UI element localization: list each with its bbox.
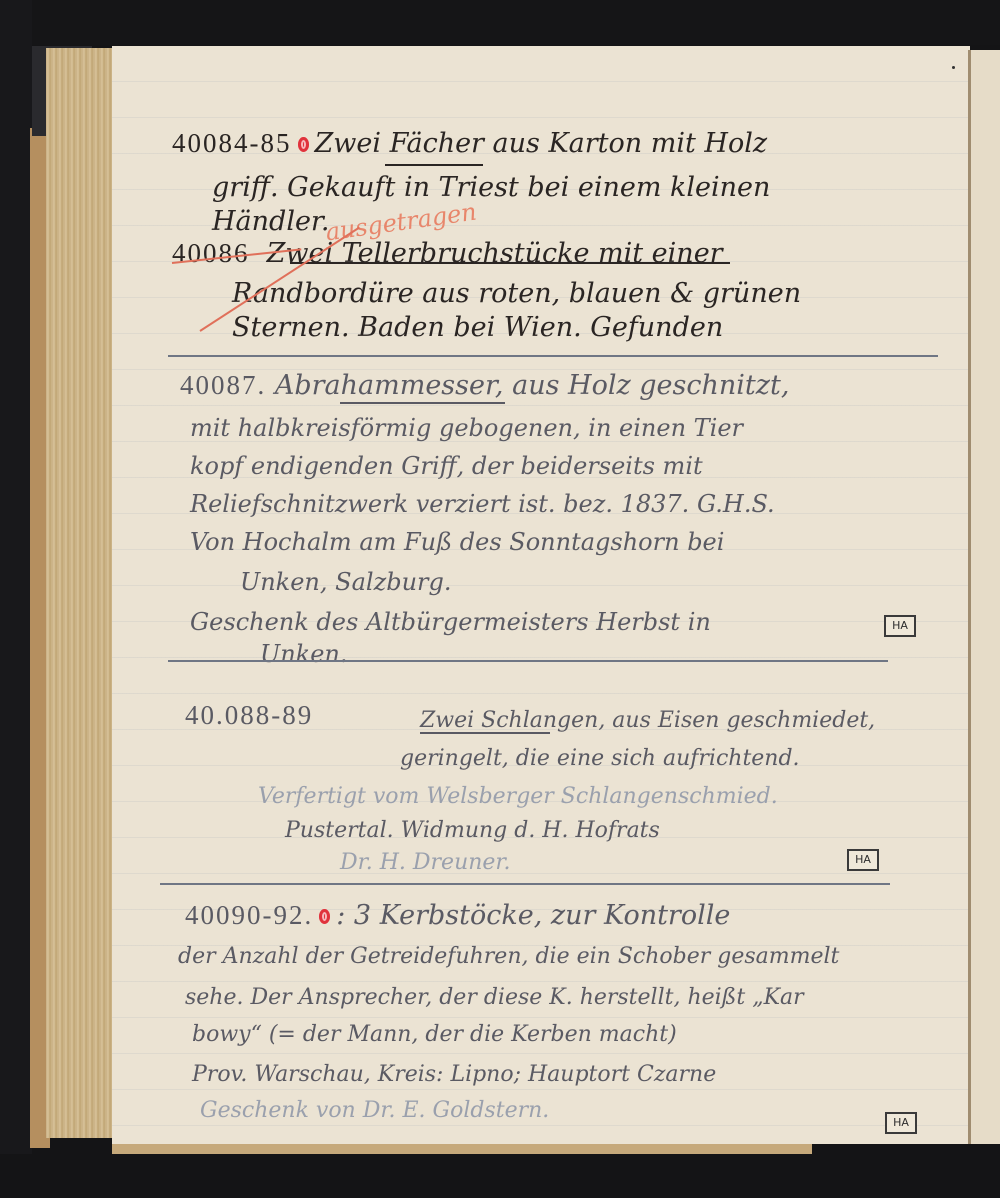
entry-line: Unken, Salzburg. [240, 568, 452, 596]
entry-line: Dr. H. Dreuner. [340, 850, 511, 875]
underline [340, 402, 505, 404]
entry-line: griff. Gekauft in Triest bei einem klein… [212, 172, 770, 203]
page-bottom-edge [112, 1144, 812, 1154]
entry-number: 40086 [172, 238, 250, 268]
underline [420, 732, 550, 734]
entry-number: 40.088-89 [185, 700, 313, 730]
entry-divider [160, 883, 890, 885]
entry-line: Zwei Fächer aus Karton mit Holz [315, 128, 768, 159]
entry-divider [168, 355, 938, 357]
entry-line: Prov. Warschau, Kreis: Lipno; Hauptort C… [192, 1062, 716, 1087]
entry-line: : 3 Kerbstöcke, zur Kontrolle [336, 900, 730, 931]
entry-line: Geschenk des Altbürgermeisters Herbst in [190, 608, 711, 636]
page-edges [46, 48, 112, 1138]
red-marker-icon [298, 137, 309, 152]
entry-line: Sternen. Baden bei Wien. Gefunden [232, 312, 723, 343]
entry-line: geringelt, die eine sich aufrichtend. [400, 746, 800, 771]
book-cover-left [0, 0, 32, 1198]
ha-stamp: HA [885, 1112, 917, 1134]
facing-page-edge [971, 50, 1000, 1144]
underline [290, 262, 730, 264]
entry-line: Zwei Schlangen, aus Eisen geschmiedet, [420, 708, 875, 733]
entry-number: 40084-85 [172, 128, 292, 158]
entry-line: Randbordüre aus roten, blauen & grünen [232, 278, 801, 309]
entry-line: Unken. [260, 640, 348, 668]
book-cover-bottom [0, 1154, 1000, 1198]
ink-dot [952, 66, 955, 69]
entry-line: kopf endigenden Griff, der beiderseits m… [190, 452, 703, 480]
entry-line: Verfertigt vom Welsberger Schlangenschmi… [258, 784, 778, 809]
ha-stamp: HA [847, 849, 879, 871]
entry-number: 40090-92. [185, 900, 313, 930]
entry-line: Geschenk von Dr. E. Goldstern. [200, 1098, 549, 1123]
book-cover-top [0, 0, 1000, 45]
entry-divider [168, 660, 888, 662]
entry-line: Abrahammesser, aus Holz geschnitzt, [275, 370, 790, 401]
entry-number: 40087. [180, 370, 266, 400]
entry-line: sehe. Der Ansprecher, der diese K. herst… [185, 985, 804, 1010]
entry-line: Von Hochalm am Fuß des Sonntagshorn bei [190, 528, 724, 556]
ha-stamp: HA [884, 615, 916, 637]
entry-line: der Anzahl der Getreidefuhren, die ein S… [178, 944, 839, 969]
entry-line: Reliefschnitzwerk verziert ist. bez. 183… [190, 490, 775, 518]
entry-line: Pustertal. Widmung d. H. Hofrats [285, 818, 660, 843]
entry-line: Händler. [212, 206, 329, 237]
red-marker-icon [319, 909, 330, 924]
entry-line: bowy“ (= der Mann, der die Kerben macht) [192, 1022, 677, 1047]
entry-line: mit halbkreisförmig gebogenen, in einen … [190, 414, 743, 442]
underline [385, 164, 483, 166]
